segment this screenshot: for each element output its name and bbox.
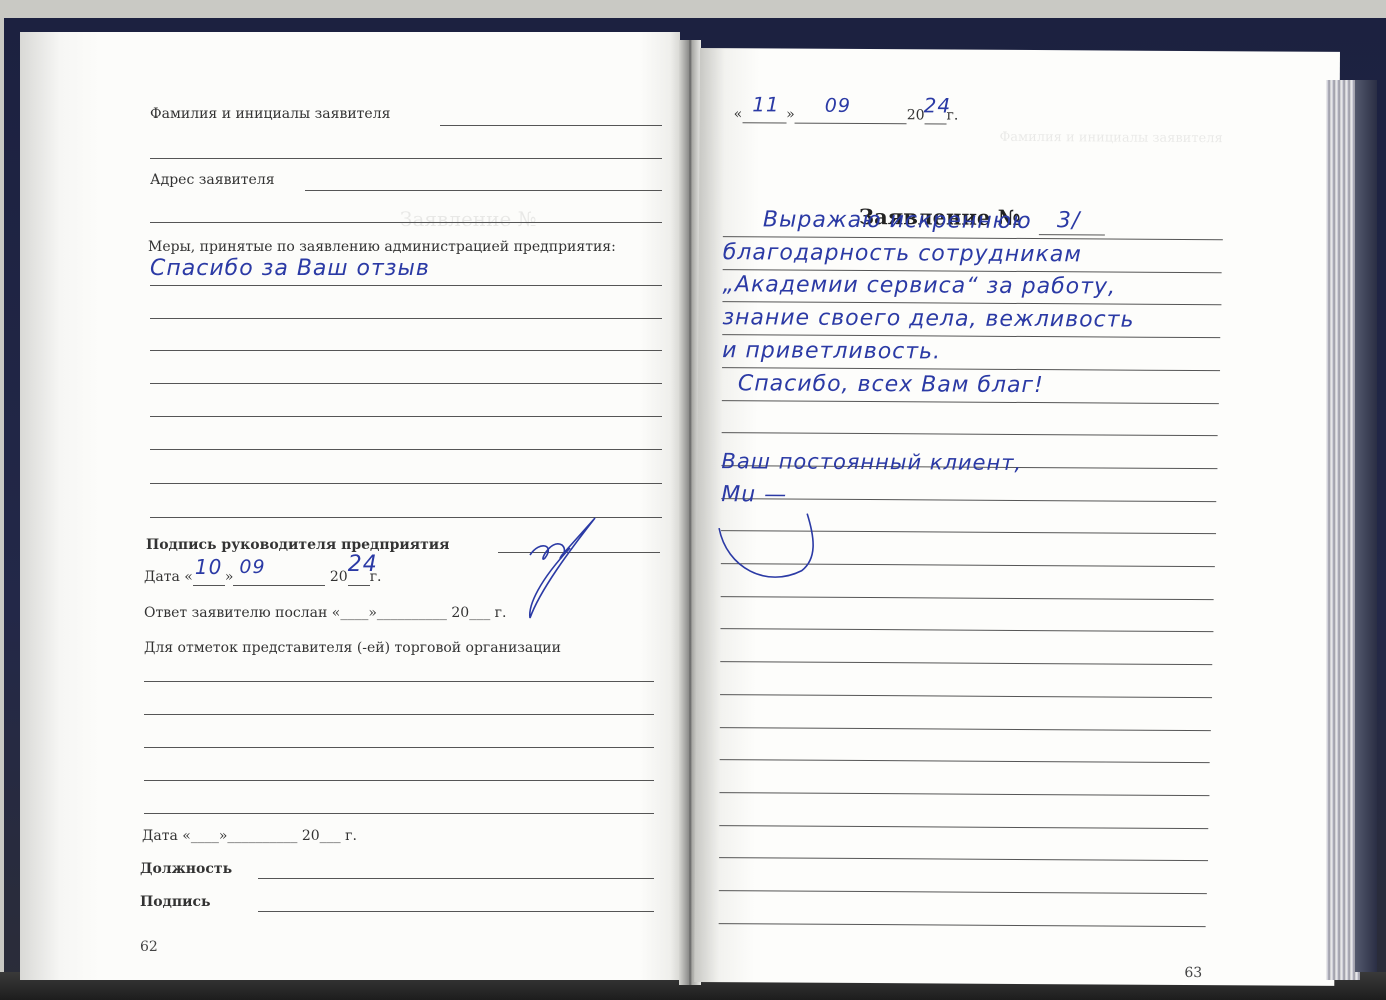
notes-line[interactable] <box>144 681 654 682</box>
handwritten-statement-line: „Академии сервиса“ за работу, <box>722 273 1116 300</box>
applicant-name-field[interactable] <box>440 125 662 126</box>
statement-line[interactable] <box>722 432 1218 436</box>
statement-line[interactable] <box>720 727 1211 731</box>
statement-date-month-field[interactable]: 09 <box>795 107 907 125</box>
right-page: Фамилия и инициалы заявителя «11 »09 202… <box>694 48 1340 986</box>
trade-org-notes-label: Для отметок представителя (-ей) торговой… <box>144 640 561 656</box>
statement-number-field[interactable]: 3/ <box>1039 212 1105 235</box>
handwritten-date-year: 24 <box>348 552 378 577</box>
handwritten-statement-day: 11 <box>752 92 780 116</box>
handwritten-statement-line: Ваш постоянный клиент, <box>721 449 1022 475</box>
applicant-address-label: Адрес заявителя <box>150 172 275 188</box>
client-signature-scribble <box>717 508 828 599</box>
handwritten-statement-month: 09 <box>825 95 851 117</box>
applicant-name-field-2[interactable] <box>150 158 662 159</box>
measures-line[interactable] <box>150 483 662 484</box>
date-year-field[interactable]: 24 <box>348 569 370 586</box>
applicant-address-field[interactable] <box>305 190 662 191</box>
manager-date-row: Дата «10 »09 2024 г. <box>144 569 382 586</box>
handwritten-date-day: 10 <box>195 555 222 579</box>
handwritten-measures-text: Спасибо за Ваш отзыв <box>150 256 430 281</box>
statement-line[interactable] <box>719 857 1208 861</box>
notes-date-label: Дата «____»__________ 20___ г. <box>142 828 357 844</box>
statement-line[interactable] <box>719 792 1209 796</box>
position-label: Должность <box>140 861 232 877</box>
position-field[interactable] <box>258 878 654 879</box>
statement-date-day-field[interactable]: 11 <box>742 106 786 123</box>
reply-sent-label: Ответ заявителю послан «____»__________ … <box>144 605 506 621</box>
statement-line[interactable] <box>720 694 1212 698</box>
handwritten-statement-line: Спасибо, всех Вам благ! <box>738 371 1044 398</box>
date-month-field[interactable]: 09 <box>233 569 325 586</box>
manager-signature-label: Подпись руководителя предприятия <box>146 537 450 553</box>
handwritten-date-month: 09 <box>239 556 265 578</box>
book-cover-edge <box>1355 80 1377 972</box>
handwritten-statement-number: 3/ <box>1057 208 1081 233</box>
measures-line[interactable] <box>150 318 662 319</box>
measures-line[interactable] <box>150 449 662 450</box>
handwritten-statement-line: Мu — <box>721 482 787 507</box>
manager-signature-scribble <box>500 510 610 620</box>
statement-line[interactable] <box>719 825 1208 829</box>
statement-line[interactable] <box>719 890 1207 894</box>
measures-line[interactable] <box>150 285 662 286</box>
page-number-left: 62 <box>140 939 158 955</box>
notes-line[interactable] <box>144 780 654 781</box>
statement-date-year-field[interactable]: 24 <box>925 107 947 124</box>
statement-line[interactable] <box>721 498 1216 502</box>
notes-line[interactable] <box>144 714 654 715</box>
handwritten-statement-line: Выражаю искреннюю <box>763 207 1032 234</box>
statement-line[interactable] <box>719 923 1206 927</box>
measures-taken-label: Меры, принятые по заявлению администраци… <box>148 239 616 255</box>
applicant-address-field-2[interactable] <box>150 222 662 223</box>
statement-line[interactable] <box>720 661 1212 665</box>
date-prefix: Дата « <box>144 569 193 585</box>
left-page: Заявление № Фамилия и инициалы заявителя… <box>20 32 680 980</box>
signature-field[interactable] <box>258 911 654 912</box>
applicant-name-label: Фамилия и инициалы заявителя <box>150 106 390 122</box>
handwritten-statement-line: и приветливость. <box>722 338 941 364</box>
signature-label: Подпись <box>140 894 211 910</box>
statement-line[interactable] <box>722 400 1219 404</box>
notes-line[interactable] <box>144 813 654 814</box>
statement-date-row: «11 »09 2024 г. <box>734 106 959 124</box>
show-through-text: Фамилия и инициалы заявителя <box>999 130 1222 146</box>
handwritten-statement-line: благодарность сотрудникам <box>723 240 1082 267</box>
handwritten-statement-line: знание своего дела, вежливость <box>722 305 1134 333</box>
show-through-text: Заявление № <box>400 207 537 231</box>
date-day-field[interactable]: 10 <box>193 569 225 586</box>
statement-line[interactable] <box>720 759 1210 763</box>
page-number-right: 63 <box>1184 965 1202 981</box>
notes-line[interactable] <box>144 747 654 748</box>
measures-line[interactable] <box>150 383 662 384</box>
measures-line[interactable] <box>150 416 662 417</box>
statement-line[interactable] <box>720 629 1213 633</box>
handwritten-statement-year: 24 <box>924 93 952 117</box>
measures-line[interactable] <box>150 350 662 351</box>
